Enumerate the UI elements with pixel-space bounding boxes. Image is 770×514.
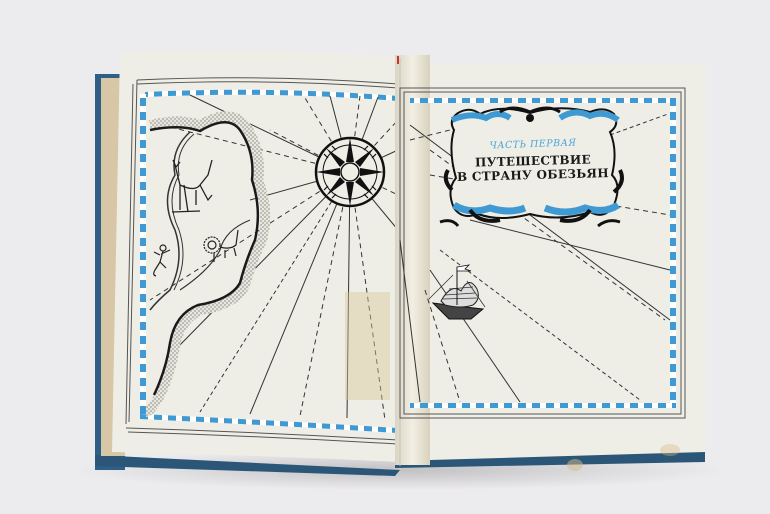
open-book-illustration (0, 0, 770, 514)
right-page (400, 64, 705, 471)
title-cartouche (440, 108, 622, 226)
compass-rose-icon (316, 138, 384, 206)
left-page (112, 50, 398, 462)
book-photo: ЧАСТЬ ПЕРВАЯ ПУТЕШЕСТВИЕ В СТРАНУ ОБЕЗЬЯ… (0, 0, 770, 514)
